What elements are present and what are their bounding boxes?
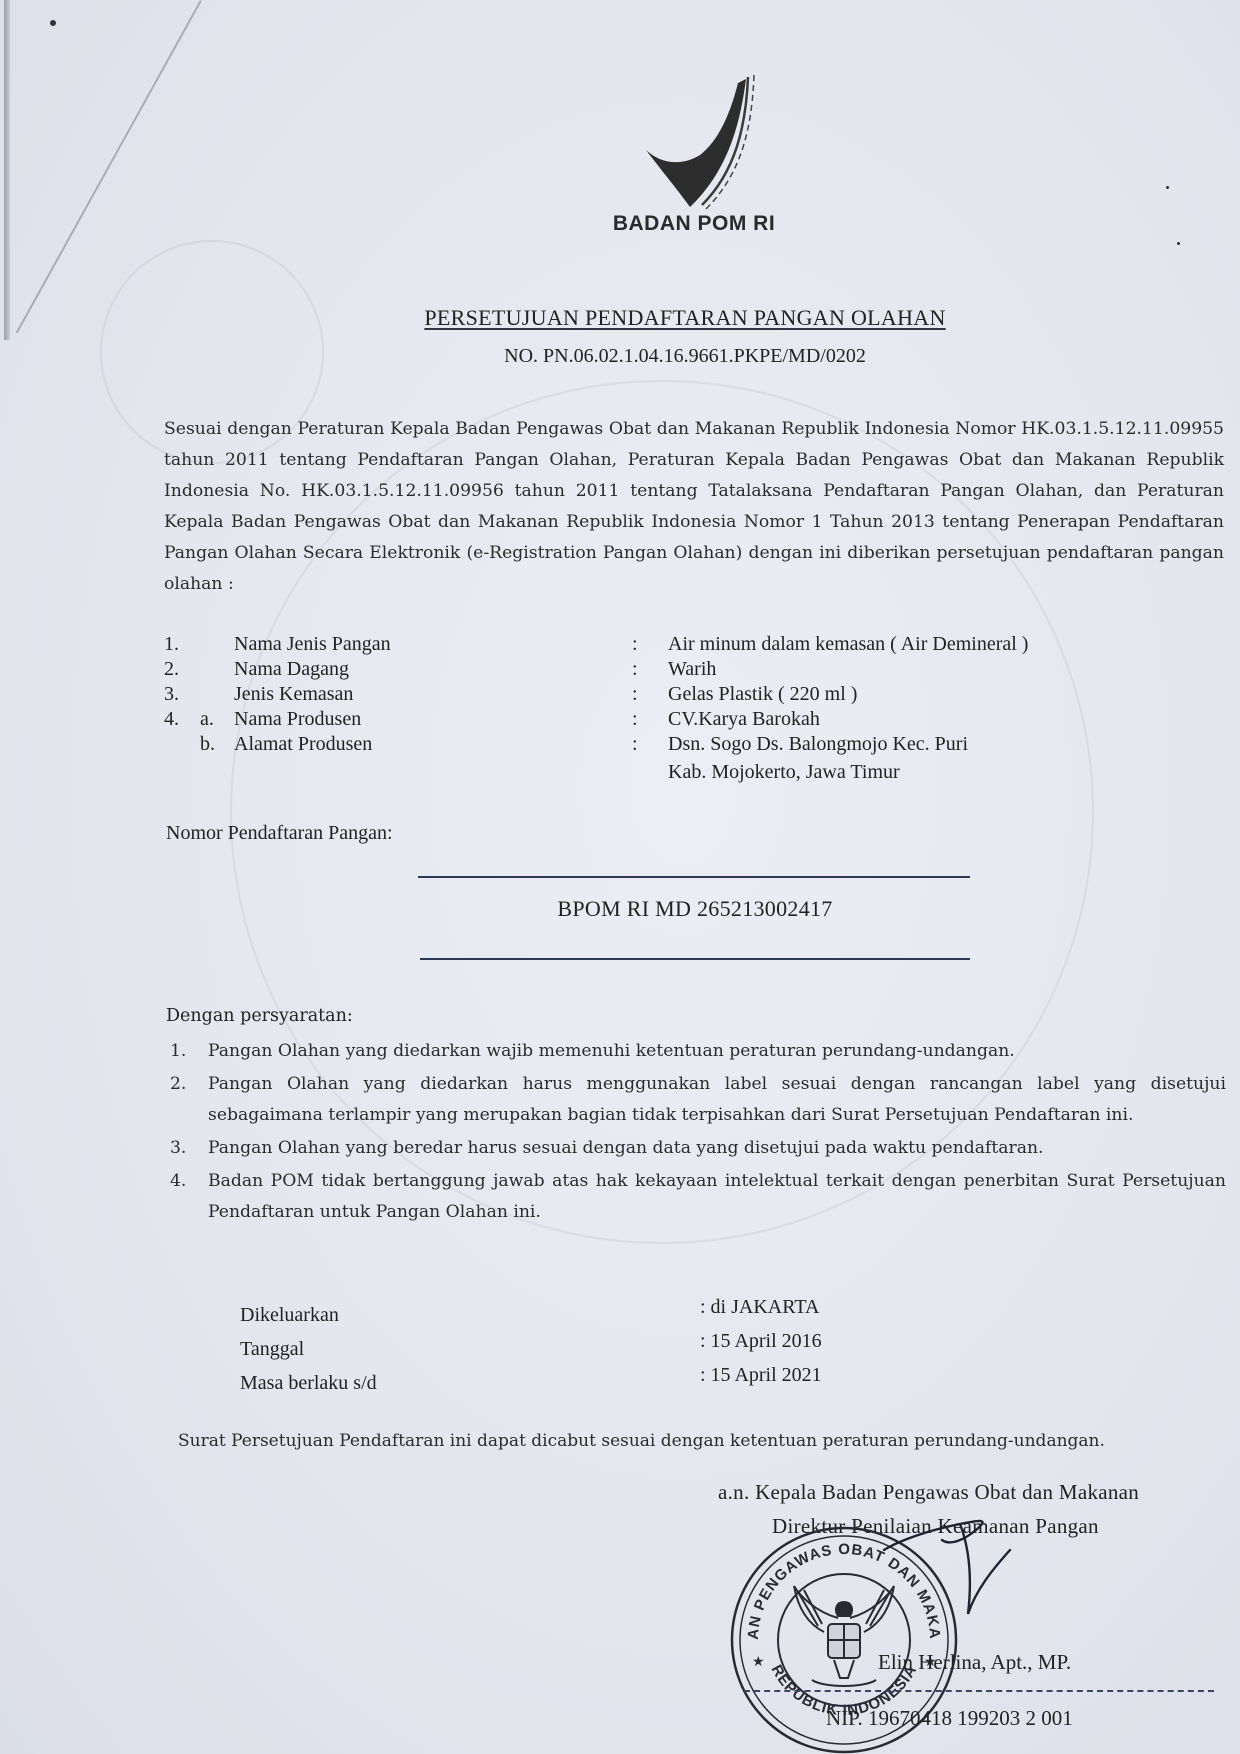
speck (50, 20, 56, 26)
requirements-heading: Dengan persyaratan: (166, 1006, 353, 1026)
field-value: Dsn. Sogo Ds. Balongmojo Kec. Puri (668, 732, 968, 757)
issuance-row: Tanggal : 15 April 2016 (240, 1332, 940, 1366)
requirement-item: 3. Pangan Olahan yang beredar harus sesu… (166, 1133, 1226, 1164)
field-row: 4. a. Nama Produsen : CV.Karya Barokah (164, 707, 1164, 732)
field-value: Air minum dalam kemasan ( Air Demineral … (668, 632, 1028, 657)
field-label: Alamat Produsen (234, 732, 372, 757)
speck (1166, 186, 1169, 189)
signer-nip: NIP. 19670418 199203 2 001 (826, 1706, 1073, 1731)
issuance-details: Dikeluarkan : di JAKARTA Tanggal : 15 Ap… (240, 1298, 940, 1400)
checkmark-swoosh-icon (640, 75, 760, 215)
field-row: 2. Nama Dagang : Warih (164, 657, 1164, 682)
product-details: 1. Nama Jenis Pangan : Air minum dalam k… (164, 632, 1164, 785)
requirements-list: 1. Pangan Olahan yang diedarkan wajib me… (166, 1036, 1226, 1230)
requirement-item: 2. Pangan Olahan yang diedarkan harus me… (166, 1069, 1226, 1131)
field-row: b. Alamat Produsen : Dsn. Sogo Ds. Balon… (164, 732, 1164, 757)
scan-edge-shadow (4, 0, 10, 340)
handwritten-signature (880, 1510, 1030, 1620)
field-row: 3. Jenis Kemasan : Gelas Plastik ( 220 m… (164, 682, 1164, 707)
issuance-row: Masa berlaku s/d : 15 April 2021 (240, 1366, 940, 1400)
issuance-row: Dikeluarkan : di JAKARTA (240, 1298, 940, 1332)
field-value: Gelas Plastik ( 220 ml ) (668, 682, 857, 707)
signer-name: Elin Herlina, Apt., MP. (878, 1650, 1071, 1675)
document-number: NO. PN.06.02.1.04.16.9661.PKPE/MD/0202 (0, 345, 1240, 368)
field-label: Nama Produsen (234, 707, 361, 732)
field-value: Warih (668, 657, 716, 682)
signature-divider (744, 1690, 1214, 1692)
agency-name: BADAN POM RI (0, 212, 1240, 236)
divider (420, 958, 970, 960)
registration-label: Nomor Pendaftaran Pangan: (166, 822, 393, 845)
document-page: BADAN POM RI PERSETUJUAN PENDAFTARAN PAN… (0, 0, 1240, 1754)
document-title: PERSETUJUAN PENDAFTARAN PANGAN OLAHAN (0, 305, 1240, 331)
intro-paragraph: Sesuai dengan Peraturan Kepala Badan Pen… (164, 414, 1224, 600)
field-row: 1. Nama Jenis Pangan : Air minum dalam k… (164, 632, 1164, 657)
divider (418, 876, 970, 878)
field-value: CV.Karya Barokah (668, 707, 820, 732)
registration-number: BPOM RI MD 265213002417 (420, 896, 970, 922)
on-behalf-line: a.n. Kepala Badan Pengawas Obat dan Maka… (718, 1480, 1139, 1505)
requirement-item: 1. Pangan Olahan yang diedarkan wajib me… (166, 1036, 1226, 1067)
field-value: Kab. Mojokerto, Jawa Timur (668, 760, 900, 785)
field-label: Nama Dagang (234, 657, 349, 682)
field-label: Nama Jenis Pangan (234, 632, 391, 657)
field-row-continuation: Kab. Mojokerto, Jawa Timur (164, 760, 1164, 785)
field-label: Jenis Kemasan (234, 682, 353, 707)
svg-text:★: ★ (752, 1655, 765, 1670)
requirement-item: 4. Badan POM tidak bertanggung jawab ata… (166, 1166, 1226, 1228)
speck (1177, 242, 1180, 245)
closing-note: Surat Persetujuan Pendaftaran ini dapat … (178, 1431, 1105, 1451)
